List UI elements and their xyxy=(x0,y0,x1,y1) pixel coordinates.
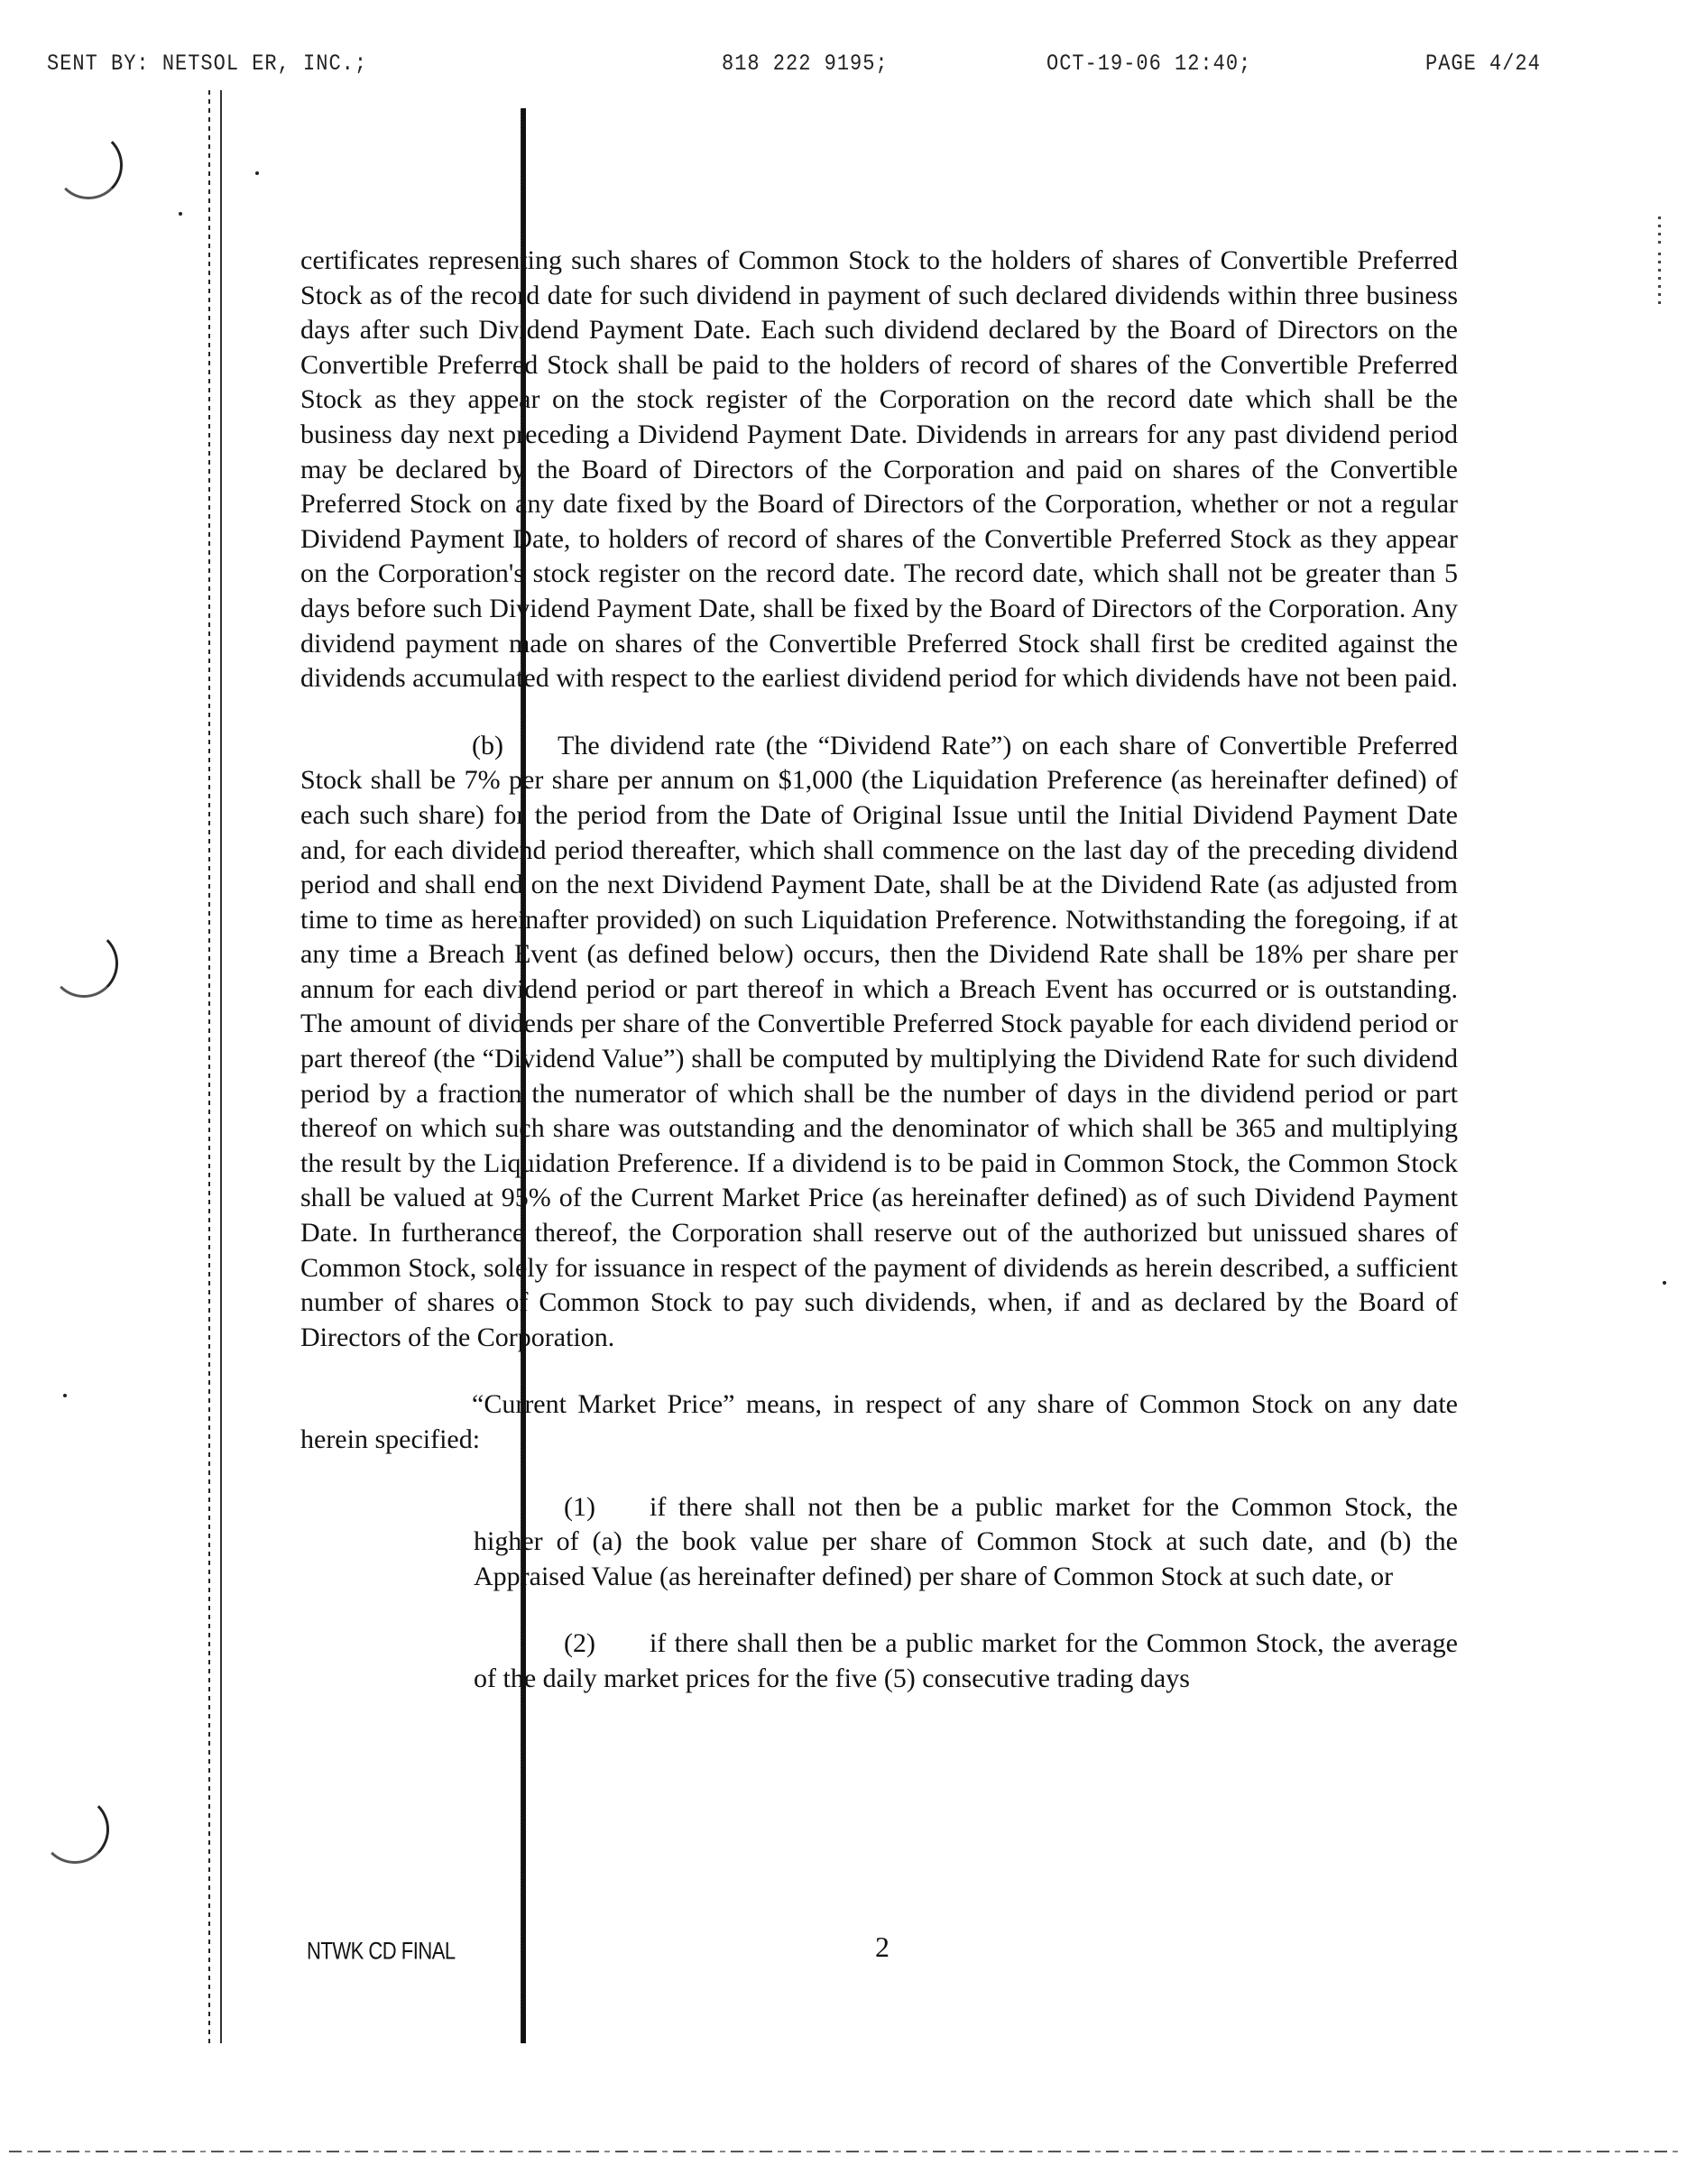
margin-rule xyxy=(220,90,222,2043)
scan-speck xyxy=(179,212,182,216)
fax-datetime: OCT-19-06 12:40; xyxy=(1046,51,1251,77)
fax-phone-number: 818 222 9195; xyxy=(722,51,889,77)
punch-hole-icon xyxy=(54,131,123,199)
scan-edge-line xyxy=(9,2151,1678,2152)
fax-sender: SENT BY: NETSOL ER, INC.; xyxy=(47,51,367,77)
section-b-text: The dividend rate (the “Dividend Rate”) … xyxy=(300,731,1458,1352)
margin-marks xyxy=(1658,217,1661,244)
section-label: (b) xyxy=(472,729,558,764)
section-b: (b)The dividend rate (the “Dividend Rate… xyxy=(300,729,1458,1356)
scan-speck xyxy=(255,171,259,175)
scan-speck xyxy=(1663,1281,1666,1285)
margin-scan-line xyxy=(208,90,210,2043)
fax-page-count: PAGE 4/24 xyxy=(1425,51,1541,77)
list-item-1: (1)if there shall not then be a public m… xyxy=(474,1490,1458,1595)
punch-hole-icon xyxy=(50,929,118,998)
item-label: (1) xyxy=(564,1490,650,1525)
list-item-2: (2)if there shall then be a public marke… xyxy=(474,1626,1458,1696)
margin-marks xyxy=(1658,253,1661,307)
fax-transmission-header: SENT BY: NETSOL ER, INC.; 818 222 9195; … xyxy=(0,52,1687,88)
definition-current-market-price: “Current Market Price” means, in respect… xyxy=(300,1387,1458,1457)
document-body: certificates representing such shares of… xyxy=(300,244,1458,1729)
item-label: (2) xyxy=(564,1626,650,1662)
page-number: 2 xyxy=(875,1931,890,1964)
document-id-footer: NTWK CD FINAL xyxy=(307,1937,456,1965)
punch-hole-icon xyxy=(41,1795,109,1864)
scan-speck xyxy=(63,1394,67,1397)
paragraph-continuation: certificates representing such shares of… xyxy=(300,244,1458,696)
